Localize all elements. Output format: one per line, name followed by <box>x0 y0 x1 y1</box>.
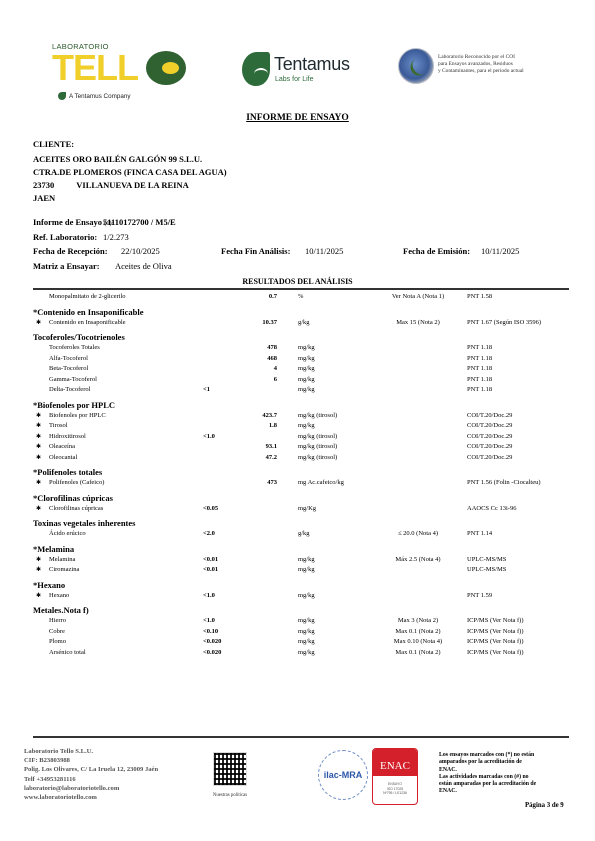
result-row: Alfa-Tocoferol468mg/kgPNT 1.18 <box>33 354 573 365</box>
unit: mg/kg (tirosol) <box>298 432 337 443</box>
unit: mg/kg <box>298 555 315 566</box>
result-row: ✱Clorofilinas cúpricas<0.05mg/KgAAOCS Cc… <box>33 504 573 515</box>
method: PNT 1.14 <box>467 529 492 540</box>
client-city: VILLANUEVA DE LA REINA <box>76 180 189 190</box>
lab-contact-info: Laboratorio Tello S.L.U. CIF: B23803988 … <box>24 747 158 802</box>
analyte-name: Alfa-Tocoferol <box>49 354 88 365</box>
end-date-value: 10/11/2025 <box>305 246 343 256</box>
result-value: 93.1 <box>266 442 277 453</box>
client-zip: 23730 <box>33 180 54 190</box>
analyte-name: Polifenoles (Cafeico) <box>49 478 104 489</box>
dates-line: Fecha de Recepción: 22/10/2025 Fecha Fin… <box>33 246 573 256</box>
result-value: 423.7 <box>262 411 277 422</box>
section-heading: Metales.Nota f) <box>33 604 573 616</box>
result-value: 478 <box>267 343 277 354</box>
analyte-name: Arsénico total <box>49 648 86 659</box>
method: PNT 1.18 <box>467 375 492 386</box>
asterisk-bullet-icon: ✱ <box>36 565 41 576</box>
unit: mg/kg <box>298 616 315 627</box>
unit: mg/kg (tirosol) <box>298 453 337 464</box>
tentamus-logo: Tentamus Labs for Life <box>242 52 357 92</box>
method: UPLC-MS/MS <box>467 555 506 566</box>
matrix-label: Matriz a Ensayar: <box>33 261 100 271</box>
asterisk-bullet-icon: ✱ <box>36 432 41 443</box>
lab-name: Laboratorio Tello S.L.U. <box>24 747 158 756</box>
unit: mg/kg <box>298 421 315 432</box>
result-row: Arsénico total<0.020mg/kgMax 0.1 (Nota 2… <box>33 648 573 659</box>
unit: mg/kg (tirosol) <box>298 411 337 422</box>
result-row: ✱Ciromazina<0.01mg/kgUPLC-MS/MS <box>33 565 573 576</box>
limit: Máx 2.5 (Nota 4) <box>373 555 463 566</box>
result-row: ✱Polifenoles (Cafeico)473mg Ac.cafeico/k… <box>33 478 573 489</box>
method: COI/T.20/Doc.29 <box>467 453 512 464</box>
client-name: ACEITES ORO BAILÉN GALGÓN 99 S.L.U. <box>33 153 227 166</box>
client-label: CLIENTE: <box>33 138 227 151</box>
tentamus-leaf-icon <box>242 52 270 86</box>
below-limit-value: <0.10 <box>203 627 218 638</box>
emission-date-label: Fecha de Emisión: <box>403 246 470 256</box>
method: COI/T.20/Doc.29 <box>467 411 512 422</box>
results-title: RESULTADOS DEL ANÁLISIS <box>0 277 595 286</box>
enac-logo: ENAC ENSAYO ISO 17025 Nº795 / LE1236 <box>372 748 418 805</box>
report-number-value: 51110172700 / M5/E <box>103 217 176 227</box>
result-row: Gamma-Tocoferol6mg/kgPNT 1.18 <box>33 375 573 386</box>
unit: mg/kg <box>298 343 315 354</box>
section-heading: *Clorofilinas cúpricas <box>33 492 573 504</box>
method: PNT 1.59 <box>467 591 492 602</box>
below-limit-value: <1.0 <box>203 432 215 443</box>
analyte-name: Ciromazina <box>49 565 79 576</box>
section-heading: Tocoferoles/Tocotrienoles <box>33 331 573 343</box>
analyte-name: Oleocantal <box>49 453 77 464</box>
limit: ≤ 20.0 (Nota 4) <box>373 529 463 540</box>
unit: g/kg <box>298 529 310 540</box>
lab-phone: Telf +34953281116 <box>24 775 158 784</box>
result-value: 6 <box>274 375 277 386</box>
limit: Max 3 (Nota 2) <box>373 616 463 627</box>
method: ICP/MS (Ver Nota f)) <box>467 637 524 648</box>
method: ICP/MS (Ver Nota f)) <box>467 648 524 659</box>
analyte-name: Melamina <box>49 555 75 566</box>
section-heading: *Biofenoles por HPLC <box>33 399 573 411</box>
qr-caption: Nuestras políticas <box>205 793 255 798</box>
lab-email-link[interactable]: laboratorio@laboratoriotello.com <box>24 784 158 793</box>
asterisk-bullet-icon: ✱ <box>36 555 41 566</box>
analyte-name: Biofenoles por HPLC <box>49 411 106 422</box>
asterisk-bullet-icon: ✱ <box>36 411 41 422</box>
tentamus-logo-name: Tentamus <box>274 54 350 75</box>
below-limit-value: <0.01 <box>203 565 218 576</box>
olive-icon <box>146 51 186 85</box>
asterisk-bullet-icon: ✱ <box>36 442 41 453</box>
lab-cif: CIF: B23803988 <box>24 756 158 765</box>
result-row: Ácido erúcico<2.0g/kg≤ 20.0 (Nota 4)PNT … <box>33 529 573 540</box>
below-limit-value: <0.020 <box>203 637 221 648</box>
asterisk-bullet-icon: ✱ <box>36 453 41 464</box>
analyte-name: Beta-Tocoferol <box>49 364 88 375</box>
unit: mg/kg <box>298 565 315 576</box>
result-value: 4 <box>274 364 277 375</box>
analyte-name: Monopalmitato de 2-glicerilo <box>49 292 126 303</box>
result-row: ✱Contenido en Insaponificable10.37g/kgMa… <box>33 318 573 329</box>
method: PNT 1.67 (Según ISO 3596) <box>467 318 541 329</box>
method: COI/T.20/Doc.29 <box>467 442 512 453</box>
analyte-name: Ácido erúcico <box>49 529 86 540</box>
result-row: ✱Tirosol1.8mg/kgCOI/T.20/Doc.29 <box>33 421 573 432</box>
asterisk-bullet-icon: ✱ <box>36 591 41 602</box>
unit: mg/kg <box>298 627 315 638</box>
method: PNT 1.18 <box>467 385 492 396</box>
method: PNT 1.18 <box>467 343 492 354</box>
unit: mg/kg <box>298 591 315 602</box>
below-limit-value: <2.0 <box>203 529 215 540</box>
enac-accreditation-text: ENSAYO ISO 17025 Nº795 / LE1236 <box>373 782 417 796</box>
result-row: Plomo<0.020mg/kgMax 0.10 (Nota 4)ICP/MS … <box>33 637 573 648</box>
result-row: Hierro<1.0mg/kgMax 3 (Nota 2)ICP/MS (Ver… <box>33 616 573 627</box>
page-number: Página 3 de 9 <box>525 802 564 809</box>
result-row: Delta-Tocoferol<1mg/kgPNT 1.18 <box>33 385 573 396</box>
coi-recognition-text: Laboratorio Reconocido por el COI para E… <box>438 54 524 75</box>
results-table: Monopalmitato de 2-glicerilo0.7%Ver Nota… <box>33 290 573 658</box>
reception-date-label: Fecha de Recepción: <box>33 246 108 256</box>
limit: Max 0.1 (Nota 2) <box>373 627 463 638</box>
lab-ref-value: 1/2.273 <box>103 232 129 242</box>
result-value: 47.2 <box>266 453 277 464</box>
analyte-name: Tocoferoles Totales <box>49 343 100 354</box>
client-zip-city: 23730VILLANUEVA DE LA REINA <box>33 179 227 192</box>
unit: g/kg <box>298 318 310 329</box>
laboratorio-tello-logo: LABORATORIO TELL A Tentamus Company <box>52 42 192 104</box>
unit: mg/kg <box>298 354 315 365</box>
unit: mg/kg <box>298 648 315 659</box>
qr-code-icon[interactable] <box>213 752 247 786</box>
result-value: 1.8 <box>269 421 277 432</box>
client-address: CTRA.DE PLOMEROS (FINCA CASA DEL AGUA) <box>33 166 227 179</box>
unit: mg/kg <box>298 364 315 375</box>
lab-address: Polig. Los Olivares, C/ La Iruela 12, 23… <box>24 765 158 774</box>
tello-logo-word: TELL <box>52 50 138 86</box>
below-limit-value: <1.0 <box>203 591 215 602</box>
analyte-name: Hidroxitirosol <box>49 432 86 443</box>
below-limit-value: <0.020 <box>203 648 221 659</box>
unit: mg/kg <box>298 375 315 386</box>
result-value: 473 <box>267 478 277 489</box>
reception-date-value: 22/10/2025 <box>121 246 160 256</box>
section-heading: *Hexano <box>33 579 573 591</box>
below-limit-value: <0.05 <box>203 504 218 515</box>
analyte-name: Hierro <box>49 616 66 627</box>
result-row: Cobre<0.10mg/kgMax 0.1 (Nota 2)ICP/MS (V… <box>33 627 573 638</box>
tentamus-logo-tagline: Labs for Life <box>275 76 314 83</box>
analyte-name: Delta-Tocoferol <box>49 385 90 396</box>
tentamus-leaf-icon <box>58 92 66 100</box>
analyte-name: Tirosol <box>49 421 68 432</box>
method: UPLC-MS/MS <box>467 565 506 576</box>
analyte-name: Contenido en Insaponificable <box>49 318 126 329</box>
unit: mg/kg <box>298 637 315 648</box>
analyte-name: Oleaceína <box>49 442 75 453</box>
lab-ref-line: Ref. Laboratorio: 1/2.273 <box>33 232 97 242</box>
result-row: ✱Hexano<1.0mg/kgPNT 1.59 <box>33 591 573 602</box>
analyte-name: Clorofilinas cúpricas <box>49 504 103 515</box>
method: PNT 1.18 <box>467 364 492 375</box>
below-limit-value: <1.0 <box>203 616 215 627</box>
matrix-value: Aceites de Oliva <box>115 261 172 271</box>
limit: Max 0.1 (Nota 2) <box>373 648 463 659</box>
section-heading: Toxinas vegetales inherentes <box>33 517 573 529</box>
matrix-line: Matriz a Ensayar: Aceites de Oliva <box>33 261 100 271</box>
tello-logo-subtitle: A Tentamus Company <box>58 92 131 100</box>
footer-divider <box>33 736 569 738</box>
analyte-name: Cobre <box>49 627 65 638</box>
asterisk-bullet-icon: ✱ <box>36 421 41 432</box>
limit: Ver Nota A (Nota 1) <box>373 292 463 303</box>
unit: mg/kg <box>298 385 315 396</box>
asterisk-bullet-icon: ✱ <box>36 318 41 329</box>
unit: mg/kg (tirosol) <box>298 442 337 453</box>
result-row: ✱Hidroxitirosol<1.0mg/kg (tirosol)COI/T.… <box>33 432 573 443</box>
emission-date-value: 10/11/2025 <box>481 246 519 256</box>
coi-recognition-logo: Laboratorio Reconocido por el COI para E… <box>394 48 564 88</box>
report-number-label: Informe de Ensayo <box>33 217 102 227</box>
method: ICP/MS (Ver Nota f)) <box>467 616 524 627</box>
client-province: JAEN <box>33 192 227 205</box>
section-heading: *Polifenoles totales <box>33 466 573 478</box>
analyte-name: Gamma-Tocoferol <box>49 375 97 386</box>
accreditation-note: Los ensayos marcados con (*) no están am… <box>439 752 584 796</box>
method: COI/T.20/Doc.29 <box>467 421 512 432</box>
limit: Max 0.10 (Nota 4) <box>373 637 463 648</box>
globe-olive-branch-icon <box>398 48 434 84</box>
result-row: Monopalmitato de 2-glicerilo0.7%Ver Nota… <box>33 292 573 303</box>
result-row: Beta-Tocoferol4mg/kgPNT 1.18 <box>33 364 573 375</box>
result-row: Tocoferoles Totales478mg/kgPNT 1.18 <box>33 343 573 354</box>
section-heading: *Melamina <box>33 543 573 555</box>
below-limit-value: <1 <box>203 385 210 396</box>
result-row: ✱Oleocantal47.2mg/kg (tirosol)COI/T.20/D… <box>33 453 573 464</box>
asterisk-bullet-icon: ✱ <box>36 478 41 489</box>
method: COI/T.20/Doc.29 <box>467 432 512 443</box>
unit: % <box>298 292 303 303</box>
lab-website-link[interactable]: www.laboratoriotello.com <box>24 793 158 802</box>
limit: Max 15 (Nota 2) <box>373 318 463 329</box>
unit: mg Ac.cafeico/kg <box>298 478 344 489</box>
report-number-line: Informe de Ensayo (1): 51110172700 / M5/… <box>33 217 113 227</box>
method: PNT 1.56 (Folin -Ciocalteu) <box>467 478 541 489</box>
result-value: 468 <box>267 354 277 365</box>
result-value: 0.7 <box>269 292 277 303</box>
method: PNT 1.18 <box>467 354 492 365</box>
result-row: ✱Oleaceína93.1mg/kg (tirosol)COI/T.20/Do… <box>33 442 573 453</box>
asterisk-bullet-icon: ✱ <box>36 504 41 515</box>
unit: mg/Kg <box>298 504 316 515</box>
method: PNT 1.58 <box>467 292 492 303</box>
method: ICP/MS (Ver Nota f)) <box>467 627 524 638</box>
analyte-name: Hexano <box>49 591 69 602</box>
section-heading: *Contenido en Insaponificable <box>33 306 573 318</box>
result-row: ✱Biofenoles por HPLC423.7mg/kg (tirosol)… <box>33 411 573 422</box>
ilac-mra-logo: ilac-MRA <box>318 750 368 800</box>
below-limit-value: <0.01 <box>203 555 218 566</box>
end-date-label: Fecha Fin Análisis: <box>221 246 290 256</box>
result-value: 10.37 <box>262 318 277 329</box>
result-row: ✱Melamina<0.01mg/kgMáx 2.5 (Nota 4)UPLC-… <box>33 555 573 566</box>
lab-ref-label: Ref. Laboratorio: <box>33 232 97 242</box>
report-title: INFORME DE ENSAYO <box>0 113 595 123</box>
method: AAOCS Cc 13i-96 <box>467 504 516 515</box>
client-block: CLIENTE: ACEITES ORO BAILÉN GALGÓN 99 S.… <box>33 138 227 205</box>
analyte-name: Plomo <box>49 637 66 648</box>
